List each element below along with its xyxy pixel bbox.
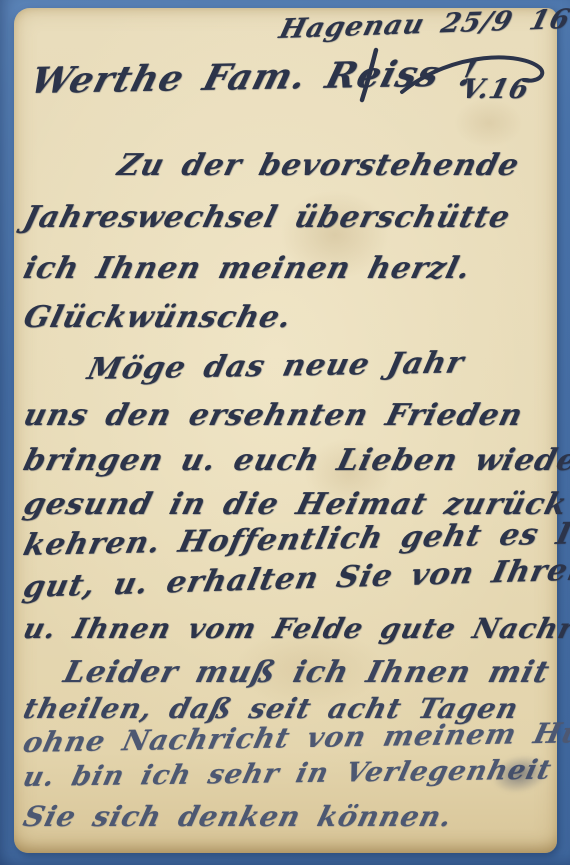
handwritten-line: Glückwünsche. bbox=[20, 300, 296, 335]
handwritten-line: u. Ihnen vom Felde gute Nachricht bbox=[20, 612, 570, 645]
handwritten-line: uns den ersehnten Frieden bbox=[20, 398, 527, 433]
paper-stain bbox=[454, 98, 524, 148]
handwritten-line: Möge das neue Jahr bbox=[84, 345, 468, 387]
salutation: Werthe Fam. Reiss ! bbox=[26, 52, 483, 102]
dateline: Hagenau 25/9 16 bbox=[276, 4, 570, 45]
handwritten-line: u. bin ich sehr in Verlegenheit wie bbox=[20, 754, 570, 793]
handwritten-line: Jahreswechsel überschütte bbox=[20, 200, 514, 235]
handwritten-line: Zu der bevorstehende bbox=[114, 148, 523, 183]
handwritten-line: bringen u. euch Lieben wieder bbox=[20, 443, 570, 478]
handwritten-line: gesund in die Heimat zurück bbox=[20, 487, 570, 522]
handwritten-line: Sie sich denken können. bbox=[20, 800, 456, 833]
handwritten-line: ich Ihnen meinen herzl. bbox=[20, 251, 475, 286]
handwritten-line: Leider muß ich Ihnen mit bbox=[60, 655, 553, 690]
postcard-paper: Hagenau 25/9 16 Werthe Fam. Reiss ! V.16… bbox=[14, 8, 557, 853]
censor-notation: V.16 bbox=[458, 74, 533, 105]
